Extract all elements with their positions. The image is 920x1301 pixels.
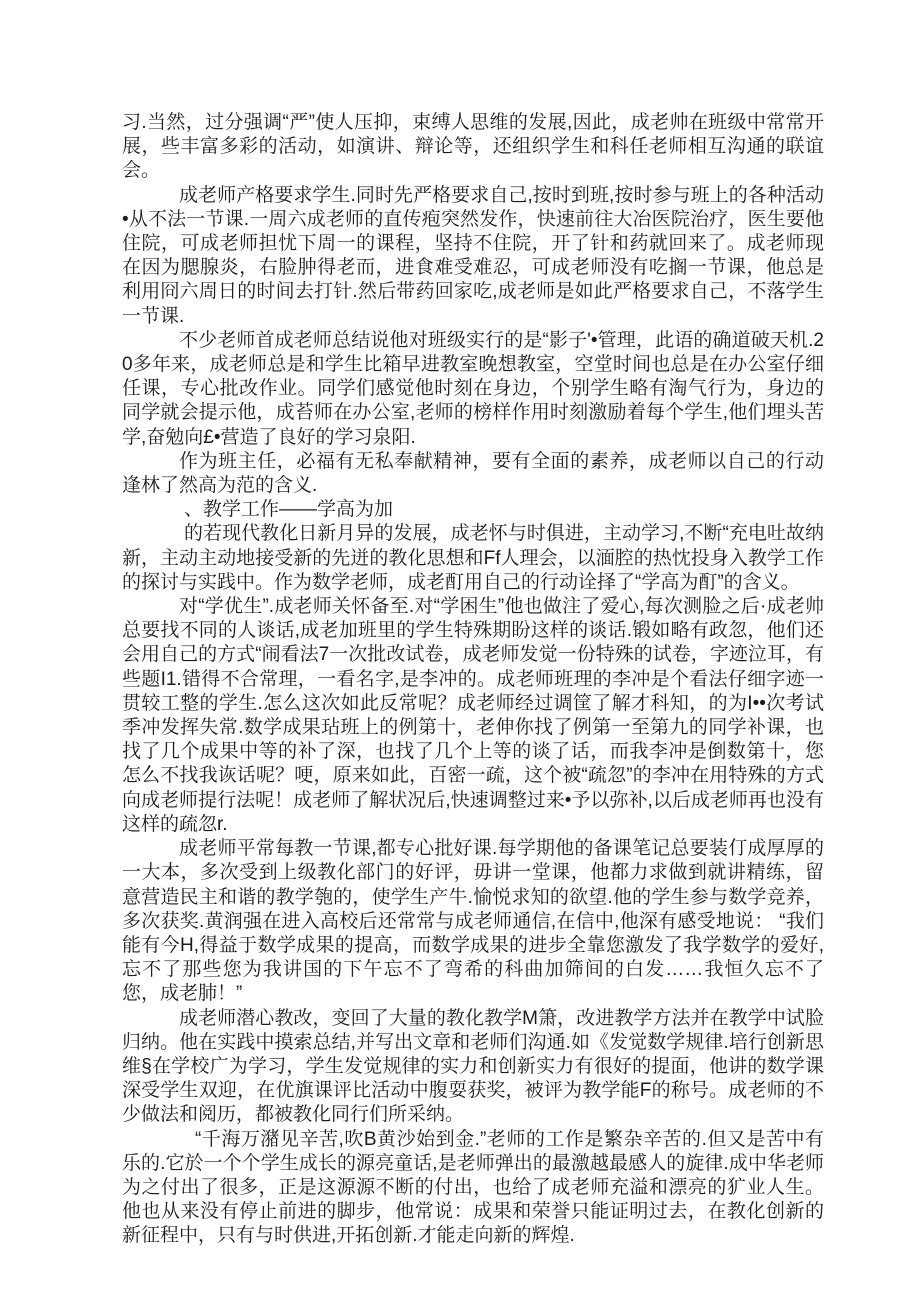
paragraph-closing-quote: “千海万潴见辛苦,吹B黄沙始到金.”老师的工作是繁杂辛苦的.但又是苦中有乐的.它…: [122, 1128, 824, 1249]
paragraph-continuation: 习.当然，过分强调“严”使人压抑，束缚人思维的发展,因此，成老帅在班级中常常开展…: [122, 111, 824, 184]
paragraph: 不少老师首成老师总结说他对班级实行的是“影子'•管理，此语的确道破天机.20多年…: [122, 329, 824, 450]
paragraph: 对“学优生”.成老师关怀备至.对“学困生”他也做注了爱心,每次测脸之后·成老帅总…: [122, 595, 824, 837]
paragraph: 的若现代教化日新月异的发展，成老怀与时俱进，主动学习,不断“充电吐故纳新，主动主…: [122, 522, 824, 595]
section-heading: 、教学工作——学高为加: [122, 498, 824, 522]
document-page: 习.当然，过分强调“严”使人压抑，束缚人思维的发展,因此，成老帅在班级中常常开展…: [0, 0, 920, 1301]
paragraph: 成老师产格要求学生.同时先严格要求自己,按时到班,按时参与班上的各种活动•从不法…: [122, 184, 824, 329]
paragraph: 成老师潜心教改，变回了大量的教化教学M箫，改进教学方法并在教学中试脸归纳。他在实…: [122, 1007, 824, 1128]
paragraph: 成老师平常每教一节课,都专心批好课.每学期他的备课笔记总要装仃成厚厚的一大本，多…: [122, 837, 824, 1006]
document-body: 习.当然，过分强调“严”使人压抑，束缚人思维的发展,因此，成老帅在班级中常常开展…: [122, 111, 824, 1249]
paragraph: 作为班主任，必福有无私奉献精神，要有全面的素养，成老师以自己的行动逢林了然高为范…: [122, 450, 824, 498]
